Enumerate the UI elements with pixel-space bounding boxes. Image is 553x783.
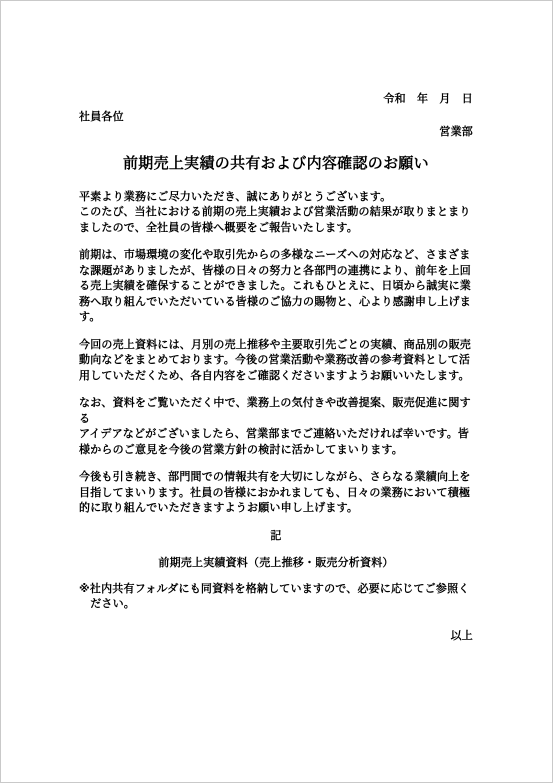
- document-body: 平素より業務にご尽力いただき、誠にありがとうございます。 このたび、当社における…: [79, 190, 473, 517]
- shared-folder-note: ※社内共有フォルダにも同資料を格納していますので、必要に応じてご参照く ださい。: [79, 582, 473, 613]
- document-page: 令和 年 月 日 社員各位 営業部 前期売上実績の共有および内容確認のお願い 平…: [0, 0, 553, 783]
- paragraph-feedback: なお、資料をご覧いただく中で、業務上の気付きや改善提案、販売促進に関する アイデ…: [79, 396, 473, 458]
- paragraph-closing-remarks: 今後も引き続き、部門間での情報共有を大切にしながら、さらなる業績向上を 目指して…: [79, 470, 473, 517]
- page-title: 前期売上実績の共有および内容確認のお願い: [79, 154, 473, 174]
- recipient-line: 社員各位: [79, 110, 473, 126]
- paragraph-materials: 今回の売上資料には、月別の売上推移や主要取引先ごとの実績、商品別の販売 動向など…: [79, 338, 473, 385]
- paragraph-greeting: 平素より業務にご尽力いただき、誠にありがとうございます。 このたび、当社における…: [79, 190, 473, 237]
- paragraph-results: 前期は、市場環境の変化や取引先からの多様なニーズへの対応など、さまざま な課題が…: [79, 248, 473, 326]
- date-line: 令和 年 月 日: [79, 92, 473, 108]
- sender-line: 営業部: [79, 125, 473, 141]
- attachment-title: 前期売上実績資料（売上推移・販売分析資料）: [79, 556, 473, 572]
- record-marker: 記: [79, 529, 473, 545]
- closing-marker: 以上: [79, 629, 473, 645]
